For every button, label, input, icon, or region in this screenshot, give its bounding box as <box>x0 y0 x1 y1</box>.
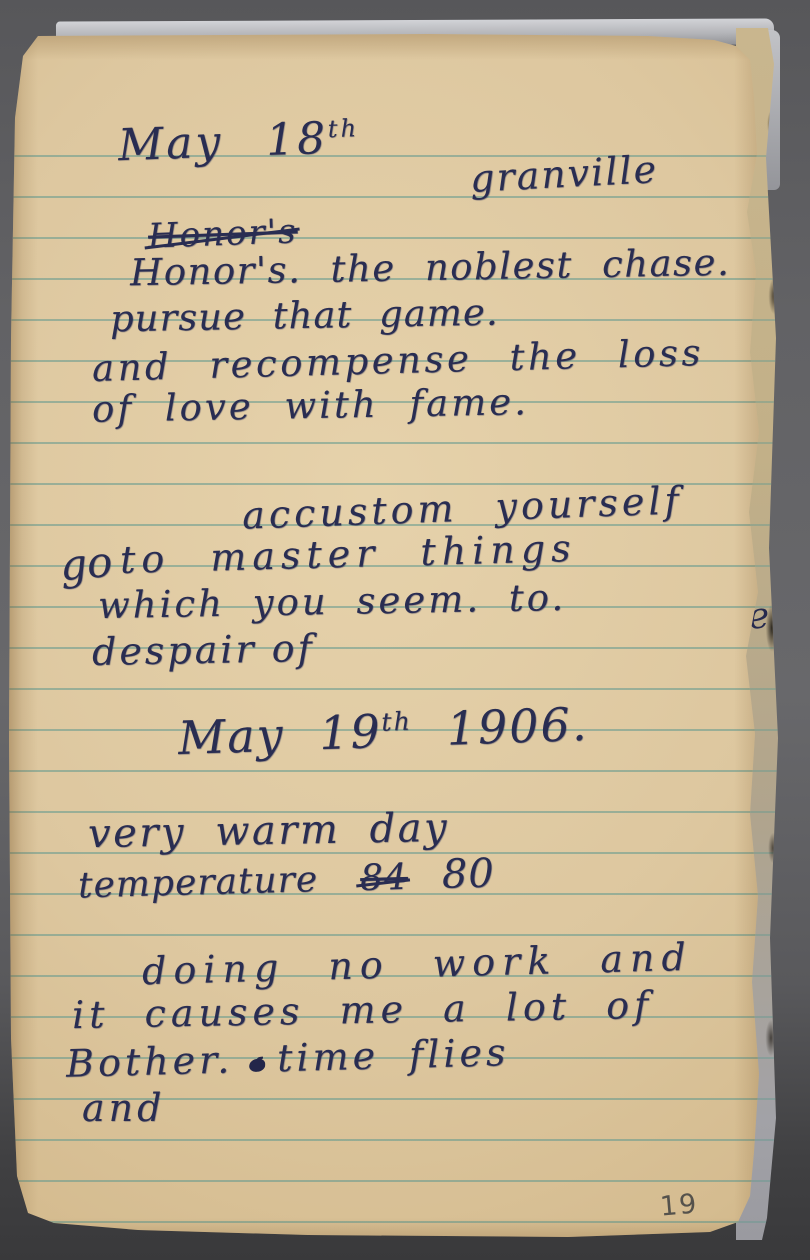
quote-line-3: and recompense the loss <box>92 331 705 390</box>
date-ordinal-suffix: th <box>327 114 359 143</box>
maxim-line-2: to master things <box>120 526 578 582</box>
ink-blot-mark <box>249 1059 265 1072</box>
date-text: May 19 <box>177 704 382 765</box>
notebook-page: May 18th granville Honor's Honor's. the … <box>8 34 760 1240</box>
quote-line-1: Honor's. the noblest chase. <box>130 241 731 294</box>
quote-attribution: granville <box>469 147 659 201</box>
weather-note: very warm day <box>88 805 450 857</box>
quote-line-2: pursue that game. <box>110 291 499 341</box>
diary-line-2: it causes me a lot of <box>72 983 654 1037</box>
crossed-out-temperature: 84 <box>360 857 409 899</box>
page-number: 19 <box>659 1188 700 1222</box>
date-year: 1906. <box>446 697 590 756</box>
entry-date-may-19: May 19th 1906. <box>177 697 589 765</box>
maxim-margin-word: go <box>58 537 114 590</box>
diary-line-3: Bother.time flies <box>66 1030 510 1086</box>
diary-line-3-end: time flies <box>277 1030 510 1080</box>
temperature-label: temperature <box>78 859 319 906</box>
temperature-value: 80 <box>441 851 495 898</box>
quote-line-4: of love with fame. <box>92 380 530 431</box>
maxim-line-4: despair of <box>92 626 315 674</box>
diary-line-3-start: Bother. <box>66 1037 234 1085</box>
date-text: May 18 <box>117 113 329 171</box>
scanned-notebook-photo: e May 18th granville Honor's Honor's. th… <box>0 0 810 1260</box>
date-ordinal-suffix: th <box>381 707 412 737</box>
maxim-line-3: which you seem. to. <box>98 576 567 627</box>
entry-date-may-18: May 18th <box>117 112 360 171</box>
temperature-note: temperature8480 <box>77 851 495 908</box>
diary-line-4: and <box>82 1086 165 1130</box>
